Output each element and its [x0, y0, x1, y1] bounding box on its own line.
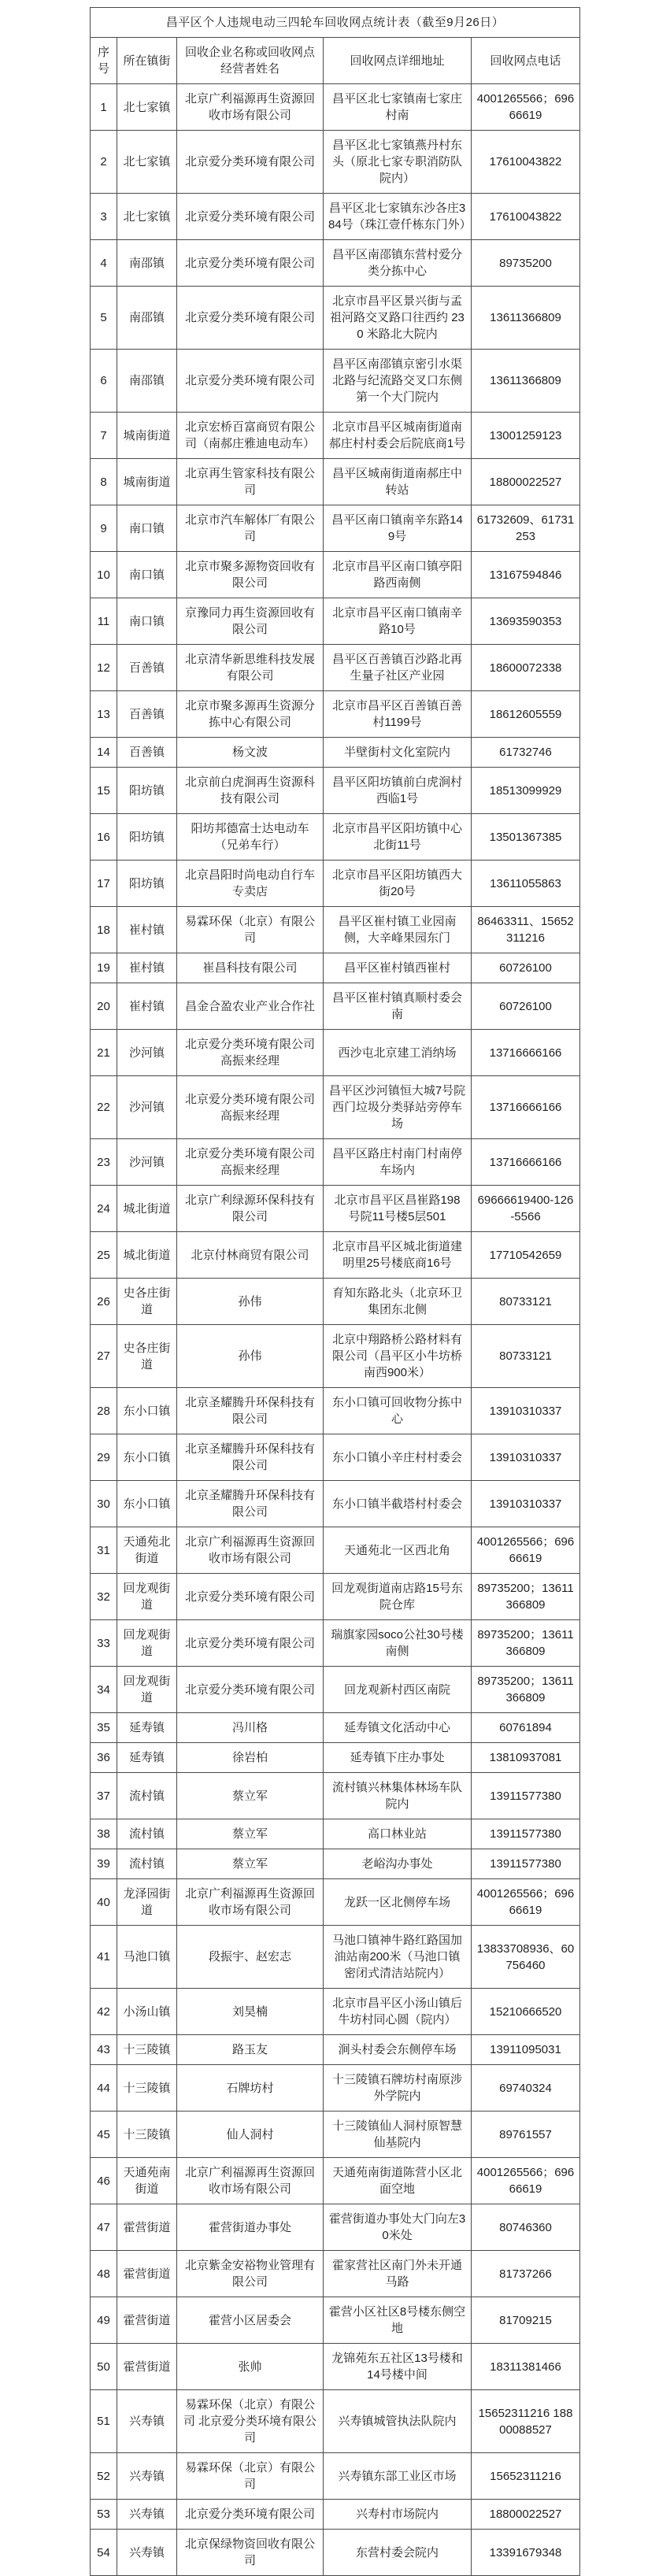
town-cell: 阳坊镇 — [117, 768, 176, 814]
address-cell: 昌平区崔村镇工业园南侧，大辛峰果园东门 — [323, 907, 471, 953]
table-row: 37流村镇蔡立军流村镇兴林集体林场车队院内13911577380 — [90, 1773, 579, 1819]
address-cell: 昌平区崔村镇真顺村委会南 — [323, 983, 471, 1030]
address-cell: 回龙观街道南店路15号东院仓库 — [323, 1574, 471, 1620]
town-cell: 沙河镇 — [117, 1030, 176, 1076]
town-cell: 南口镇 — [117, 552, 176, 598]
table-row: 43十三陵镇路玉友涧头村委会东侧停车场13911095031 — [90, 2035, 579, 2065]
address-cell: 北京中翔路桥公路材料有限公司（昌平区小牛坊桥南西900米） — [323, 1325, 471, 1388]
phone-cell: 13810937081 — [471, 1743, 579, 1773]
address-cell: 北京市昌平区小汤山镇后牛坊村同心圆（院内） — [323, 1989, 471, 2035]
address-cell: 延寿镇文化活动中心 — [323, 1713, 471, 1743]
row-number-cell: 45 — [90, 2112, 117, 2158]
address-cell: 昌平区北七家镇燕丹村东头（原北七家专职消防队院内） — [323, 131, 471, 194]
table-row: 5南邵镇北京爱分类环境有限公司北京市昌平区景兴街与孟祖河路交叉路口往西约 230… — [90, 287, 579, 350]
table-row: 20崔村镇昌金合盈农业产业合作社昌平区崔村镇真顺村委会南60726100 — [90, 983, 579, 1030]
row-number-cell: 47 — [90, 2204, 117, 2251]
town-cell: 天通苑北街道 — [117, 1527, 176, 1574]
address-cell: 兴寿村市场院内 — [323, 2500, 471, 2530]
table-row: 41马池口镇段振宇、赵宏志马池口镇神牛路红路国加油站南200米（马池口镇密闭式清… — [90, 1926, 579, 1989]
company-cell: 石牌坊村 — [176, 2065, 323, 2112]
address-cell: 昌平区沙河镇恒大城7号院西门垃圾分类驿站旁停车场 — [323, 1076, 471, 1139]
row-number-cell: 12 — [90, 645, 117, 691]
table-row: 7城南街道北京宏桥百富商贸有限公司（南郝庄雅迪电动车）北京市昌平区城南街道南郝庄… — [90, 413, 579, 459]
row-number-cell: 30 — [90, 1481, 117, 1527]
address-cell: 育知东路北头（北京环卫集团东北侧 — [323, 1279, 471, 1325]
phone-cell: 80746360 — [471, 2204, 579, 2251]
company-cell: 昌金合盈农业产业合作社 — [176, 983, 323, 1030]
row-number-cell: 10 — [90, 552, 117, 598]
company-cell: 北京市聚多源物资回收有限公司 — [176, 552, 323, 598]
row-number-cell: 36 — [90, 1743, 117, 1773]
column-header-town: 所在镇街 — [117, 38, 176, 84]
address-cell: 流村镇兴林集体林场车队院内 — [323, 1773, 471, 1819]
company-cell: 北京市聚多源再生资源分拣中心有限公司 — [176, 691, 323, 738]
phone-cell: 89761557 — [471, 2112, 579, 2158]
row-number-cell: 42 — [90, 1989, 117, 2035]
town-cell: 流村镇 — [117, 1849, 176, 1879]
address-cell: 西沙屯北京建工消纳场 — [323, 1030, 471, 1076]
row-number-cell: 50 — [90, 2344, 117, 2390]
row-number-cell: 19 — [90, 953, 117, 983]
table-row: 49霍营街道霍营小区居委会霍营小区社区8号楼东侧空地81709215 — [90, 2297, 579, 2344]
company-cell: 易霖环保（北京）有限公司 — [176, 907, 323, 953]
phone-cell: 13911577380 — [471, 1819, 579, 1849]
phone-cell: 18800022527 — [471, 459, 579, 505]
table-row: 48霍营街道北京紫金安裕物业管理有限公司霍家营社区南门外未开通马路8173726… — [90, 2251, 579, 2297]
table-row: 12百善镇北京清华新思维科技发展有限公司昌平区百善镇百沙路北再生量子社区产业园1… — [90, 645, 579, 691]
company-cell: 张帅 — [176, 2344, 323, 2390]
address-cell: 昌平区南邵镇京密引水渠北路与纪流路交叉口东侧第一个大门院内 — [323, 350, 471, 413]
town-cell: 延寿镇 — [117, 1713, 176, 1743]
row-number-cell: 31 — [90, 1527, 117, 1574]
address-cell: 北京市昌平区城北街道建明里25号楼底商16号 — [323, 1232, 471, 1279]
row-number-cell: 9 — [90, 505, 117, 552]
town-cell: 城北街道 — [117, 1232, 176, 1279]
row-number-cell: 18 — [90, 907, 117, 953]
town-cell: 流村镇 — [117, 1773, 176, 1819]
address-cell: 东小口镇小辛庄村村委会 — [323, 1434, 471, 1481]
company-cell: 北京紫金安裕物业管理有限公司 — [176, 2251, 323, 2297]
address-cell: 东小口镇半截塔村村委会 — [323, 1481, 471, 1527]
company-cell: 北京宏桥百富商贸有限公司（南郝庄雅迪电动车） — [176, 413, 323, 459]
table-row: 11南口镇京豫同力再生资源回收有限公司北京市昌平区南口镇南辛路10号136935… — [90, 598, 579, 645]
town-cell: 龙泽园街道 — [117, 1879, 176, 1926]
table-row: 23沙河镇北京爱分类环境有限公司 高振来经理昌平区路庄村南门村南停车场内1371… — [90, 1139, 579, 1186]
address-cell: 高口林业站 — [323, 1819, 471, 1849]
phone-cell: 13911095031 — [471, 2035, 579, 2065]
company-cell: 北京广利福源再生资源回收市场有限公司 — [176, 1879, 323, 1926]
town-cell: 南邵镇 — [117, 287, 176, 350]
table-row: 1北七家镇北京广利福源再生资源回收市场有限公司昌平区北七家镇南七家庄村南4001… — [90, 84, 579, 131]
town-cell: 马池口镇 — [117, 1926, 176, 1989]
table-row: 40龙泽园街道北京广利福源再生资源回收市场有限公司龙跃一区北侧停车场400126… — [90, 1879, 579, 1926]
company-cell: 北京再生管家科技有限公司 — [176, 459, 323, 505]
table-row: 6南邵镇北京爱分类环境有限公司昌平区南邵镇京密引水渠北路与纪流路交叉口东侧第一个… — [90, 350, 579, 413]
town-cell: 北七家镇 — [117, 131, 176, 194]
phone-cell: 13693590353 — [471, 598, 579, 645]
table-row: 45十三陵镇仙人洞村十三陵镇仙人洞村原智慧仙基院内89761557 — [90, 2112, 579, 2158]
address-cell: 昌平区百善镇百沙路北再生量子社区产业园 — [323, 645, 471, 691]
table-row: 31天通苑北街道北京广利福源再生资源回收市场有限公司天通苑北一区西北角40012… — [90, 1527, 579, 1574]
company-cell: 北京广利福源再生资源回收市场有限公司 — [176, 1527, 323, 1574]
town-cell: 南邵镇 — [117, 240, 176, 287]
table-row: 19崔村镇崔昌科技有限公司昌平区崔村镇西崔村60726100 — [90, 953, 579, 983]
address-cell: 北京市昌平区南口镇亭阳路西南侧 — [323, 552, 471, 598]
table-row: 54兴寿镇北京保绿物资回收有限公司东营村委会院内13391679348 — [90, 2530, 579, 2576]
company-cell: 北京爱分类环境有限公司 高振来经理 — [176, 1139, 323, 1186]
row-number-cell: 4 — [90, 240, 117, 287]
phone-cell: 13716666166 — [471, 1076, 579, 1139]
town-cell: 崔村镇 — [117, 953, 176, 983]
row-number-cell: 8 — [90, 459, 117, 505]
company-cell: 仙人洞村 — [176, 2112, 323, 2158]
address-cell: 兴寿镇城管执法队院内 — [323, 2390, 471, 2453]
row-number-cell: 52 — [90, 2453, 117, 2500]
title-row: 昌平区个人违规电动三四轮车回收网点统计表（截至9月26日） — [90, 8, 579, 38]
town-cell: 沙河镇 — [117, 1139, 176, 1186]
address-cell: 北京市昌平区阳坊镇西大街20号 — [323, 861, 471, 907]
company-cell: 路玉友 — [176, 2035, 323, 2065]
table-row: 32回龙观街道北京爱分类环境有限公司回龙观街道南店路15号东院仓库8973520… — [90, 1574, 579, 1620]
phone-cell: 17610043822 — [471, 194, 579, 240]
phone-cell: 89735200；13611366809 — [471, 1620, 579, 1667]
table-row: 33回龙观街道北京爱分类环境有限公司瑞旗家园soco公社30号楼南侧897352… — [90, 1620, 579, 1667]
town-cell: 东小口镇 — [117, 1434, 176, 1481]
address-cell: 东小口镇可回收物分拣中心 — [323, 1388, 471, 1434]
column-header-address: 回收网点详细地址 — [323, 38, 471, 84]
address-cell: 天通苑南街道陈营小区北面空地 — [323, 2158, 471, 2204]
town-cell: 南邵镇 — [117, 350, 176, 413]
company-cell: 蔡立军 — [176, 1819, 323, 1849]
row-number-cell: 1 — [90, 84, 117, 131]
row-number-cell: 33 — [90, 1620, 117, 1667]
company-cell: 北京爱分类环境有限公司 — [176, 1574, 323, 1620]
phone-cell: 13911577380 — [471, 1849, 579, 1879]
table-body: 1北七家镇北京广利福源再生资源回收市场有限公司昌平区北七家镇南七家庄村南4001… — [90, 84, 579, 2576]
address-cell: 十三陵镇仙人洞村原智慧仙基院内 — [323, 2112, 471, 2158]
table-row: 30东小口镇北京圣耀腾升环保科技有限公司东小口镇半截塔村村委会139103103… — [90, 1481, 579, 1527]
phone-cell: 89735200；13611366809 — [471, 1574, 579, 1620]
row-number-cell: 2 — [90, 131, 117, 194]
company-cell: 北京广利福源再生资源回收市场有限公司 — [176, 2158, 323, 2204]
address-cell: 昌平区城南街道南郝庄中转站 — [323, 459, 471, 505]
company-cell: 北京圣耀腾升环保科技有限公司 — [176, 1434, 323, 1481]
recycling-points-table: 昌平区个人违规电动三四轮车回收网点统计表（截至9月26日） 序号 所在镇街 回收… — [90, 7, 580, 2576]
company-cell: 北京爱分类环境有限公司 — [176, 194, 323, 240]
row-number-cell: 46 — [90, 2158, 117, 2204]
town-cell: 百善镇 — [117, 738, 176, 768]
address-cell: 涧头村委会东侧停车场 — [323, 2035, 471, 2065]
address-cell: 昌平区崔村镇西崔村 — [323, 953, 471, 983]
company-cell: 易霖环保（北京）有限公司 北京爱分类环境有限公司 — [176, 2390, 323, 2453]
town-cell: 史各庄街道 — [117, 1325, 176, 1388]
row-number-cell: 41 — [90, 1926, 117, 1989]
town-cell: 十三陵镇 — [117, 2065, 176, 2112]
company-cell: 北京圣耀腾升环保科技有限公司 — [176, 1388, 323, 1434]
table-row: 29东小口镇北京圣耀腾升环保科技有限公司东小口镇小辛庄村村委会139103103… — [90, 1434, 579, 1481]
company-cell: 北京爱分类环境有限公司 — [176, 2500, 323, 2530]
company-cell: 北京爱分类环境有限公司 — [176, 131, 323, 194]
row-number-cell: 15 — [90, 768, 117, 814]
town-cell: 回龙观街道 — [117, 1620, 176, 1667]
address-cell: 霍营街道办事处大门向左30米处 — [323, 2204, 471, 2251]
phone-cell: 60726100 — [471, 983, 579, 1030]
company-cell: 北京爱分类环境有限公司 高振来经理 — [176, 1030, 323, 1076]
row-number-cell: 39 — [90, 1849, 117, 1879]
company-cell: 阳坊邦德富士达电动车（兄弟车行） — [176, 814, 323, 861]
row-number-cell: 20 — [90, 983, 117, 1030]
table-row: 10南口镇北京市聚多源物资回收有限公司北京市昌平区南口镇亭阳路西南侧131675… — [90, 552, 579, 598]
address-cell: 半壁街村文化室院内 — [323, 738, 471, 768]
table-row: 24城北街道北京广利绿源环保科技有限公司北京市昌平区昌崔路198号院11号楼5层… — [90, 1186, 579, 1232]
phone-cell: 18600072338 — [471, 645, 579, 691]
phone-cell: 13716666166 — [471, 1139, 579, 1186]
table-row: 15阳坊镇北京前白虎涧再生资源科技有限公司昌平区阳坊镇前白虎涧村西临1号1851… — [90, 768, 579, 814]
table-row: 35延寿镇冯川格延寿镇文化活动中心60761894 — [90, 1713, 579, 1743]
table-row: 4南邵镇北京爱分类环境有限公司昌平区南邵镇东营村爱分类分拣中心89735200 — [90, 240, 579, 287]
phone-cell: 13910310337 — [471, 1388, 579, 1434]
row-number-cell: 23 — [90, 1139, 117, 1186]
table-row: 18崔村镇易霖环保（北京）有限公司昌平区崔村镇工业园南侧，大辛峰果园东门8646… — [90, 907, 579, 953]
table-row: 39流村镇蔡立军老峪沟办事处13911577380 — [90, 1849, 579, 1879]
company-cell: 北京广利绿源环保科技有限公司 — [176, 1186, 323, 1232]
row-number-cell: 24 — [90, 1186, 117, 1232]
town-cell: 东小口镇 — [117, 1481, 176, 1527]
row-number-cell: 37 — [90, 1773, 117, 1819]
town-cell: 北七家镇 — [117, 194, 176, 240]
company-cell: 孙伟 — [176, 1325, 323, 1388]
phone-cell: 89735200；13611366809 — [471, 1667, 579, 1713]
row-number-cell: 3 — [90, 194, 117, 240]
address-cell: 北京市昌平区阳坊镇中心北街11号 — [323, 814, 471, 861]
table-row: 14百善镇杨文波半壁街村文化室院内61732746 — [90, 738, 579, 768]
table-row: 22沙河镇北京爱分类环境有限公司 高振来经理昌平区沙河镇恒大城7号院西门垃圾分类… — [90, 1076, 579, 1139]
row-number-cell: 28 — [90, 1388, 117, 1434]
table-row: 16阳坊镇阳坊邦德富士达电动车（兄弟车行）北京市昌平区阳坊镇中心北街11号135… — [90, 814, 579, 861]
table-row: 2北七家镇北京爱分类环境有限公司昌平区北七家镇燕丹村东头（原北七家专职消防队院内… — [90, 131, 579, 194]
phone-cell: 15652311216 — [471, 2453, 579, 2500]
company-cell: 京豫同力再生资源回收有限公司 — [176, 598, 323, 645]
row-number-cell: 17 — [90, 861, 117, 907]
address-cell: 瑞旗家园soco公社30号楼南侧 — [323, 1620, 471, 1667]
company-cell: 北京广利福源再生资源回收市场有限公司 — [176, 84, 323, 131]
company-cell: 杨文波 — [176, 738, 323, 768]
address-cell: 昌平区路庄村南门村南停车场内 — [323, 1139, 471, 1186]
row-number-cell: 6 — [90, 350, 117, 413]
town-cell: 兴寿镇 — [117, 2390, 176, 2453]
row-number-cell: 51 — [90, 2390, 117, 2453]
address-cell: 天通苑北一区西北角 — [323, 1527, 471, 1574]
town-cell: 沙河镇 — [117, 1076, 176, 1139]
row-number-cell: 7 — [90, 413, 117, 459]
company-cell: 蔡立军 — [176, 1773, 323, 1819]
address-cell: 北京市昌平区南口镇南辛路10号 — [323, 598, 471, 645]
town-cell: 城南街道 — [117, 459, 176, 505]
address-cell: 昌平区南口镇南辛东路149号 — [323, 505, 471, 552]
town-cell: 霍营街道 — [117, 2251, 176, 2297]
phone-cell: 13910310337 — [471, 1481, 579, 1527]
company-cell: 易霖环保（北京）有限公司 — [176, 2453, 323, 2500]
row-number-cell: 25 — [90, 1232, 117, 1279]
phone-cell: 4001265566；69666619 — [471, 1879, 579, 1926]
town-cell: 霍营街道 — [117, 2297, 176, 2344]
phone-cell: 13910310337 — [471, 1434, 579, 1481]
town-cell: 十三陵镇 — [117, 2112, 176, 2158]
address-cell: 马池口镇神牛路红路国加油站南200米（马池口镇密闭式清洁站院内） — [323, 1926, 471, 1989]
phone-cell: 17610043822 — [471, 131, 579, 194]
phone-cell: 13911577380 — [471, 1773, 579, 1819]
phone-cell: 13611366809 — [471, 287, 579, 350]
phone-cell: 69740324 — [471, 2065, 579, 2112]
row-number-cell: 22 — [90, 1076, 117, 1139]
phone-cell: 81737266 — [471, 2251, 579, 2297]
phone-cell: 13716666166 — [471, 1030, 579, 1076]
row-number-cell: 34 — [90, 1667, 117, 1713]
town-cell: 霍营街道 — [117, 2344, 176, 2390]
phone-cell: 80733121 — [471, 1279, 579, 1325]
row-number-cell: 35 — [90, 1713, 117, 1743]
phone-cell: 15652311216 18800088527 — [471, 2390, 579, 2453]
company-cell: 段振宇、赵宏志 — [176, 1926, 323, 1989]
address-cell: 东营村委会院内 — [323, 2530, 471, 2576]
table-row: 50霍营街道张帅龙锦苑东五社区13号楼和14号楼中间18311381466 — [90, 2344, 579, 2390]
phone-cell: 13391679348 — [471, 2530, 579, 2576]
table-row: 34回龙观街道北京爱分类环境有限公司回龙观新村西区南院89735200；1361… — [90, 1667, 579, 1713]
row-number-cell: 54 — [90, 2530, 117, 2576]
phone-cell: 4001265566；69666619 — [471, 1527, 579, 1574]
table-row: 21沙河镇北京爱分类环境有限公司 高振来经理西沙屯北京建工消纳场13716666… — [90, 1030, 579, 1076]
phone-cell: 69666619400-126-5566 — [471, 1186, 579, 1232]
phone-cell: 4001265566；69666619 — [471, 84, 579, 131]
row-number-cell: 32 — [90, 1574, 117, 1620]
row-number-cell: 38 — [90, 1819, 117, 1849]
row-number-cell: 13 — [90, 691, 117, 738]
address-cell: 北京市昌平区百善镇百善村1199号 — [323, 691, 471, 738]
phone-cell: 61732609、61731253 — [471, 505, 579, 552]
town-cell: 城南街道 — [117, 413, 176, 459]
phone-cell: 17710542659 — [471, 1232, 579, 1279]
column-header-company: 回收企业名称或回收网点经营者姓名 — [176, 38, 323, 84]
town-cell: 回龙观街道 — [117, 1667, 176, 1713]
town-cell: 小汤山镇 — [117, 1989, 176, 2035]
row-number-cell: 14 — [90, 738, 117, 768]
address-cell: 回龙观新村西区南院 — [323, 1667, 471, 1713]
table-row: 51兴寿镇易霖环保（北京）有限公司 北京爱分类环境有限公司兴寿镇城管执法队院内1… — [90, 2390, 579, 2453]
row-number-cell: 29 — [90, 1434, 117, 1481]
address-cell: 昌平区北七家镇东沙各庄384号（珠江壹仟栋东门外） — [323, 194, 471, 240]
phone-cell: 81709215 — [471, 2297, 579, 2344]
table-row: 36延寿镇徐岩柏延寿镇下庄办事处13810937081 — [90, 1743, 579, 1773]
town-cell: 阳坊镇 — [117, 814, 176, 861]
company-cell: 北京前白虎涧再生资源科技有限公司 — [176, 768, 323, 814]
town-cell: 霍营街道 — [117, 2204, 176, 2251]
town-cell: 南口镇 — [117, 505, 176, 552]
table-row: 38流村镇蔡立军高口林业站13911577380 — [90, 1819, 579, 1849]
town-cell: 回龙观街道 — [117, 1574, 176, 1620]
town-cell: 百善镇 — [117, 645, 176, 691]
address-cell: 兴寿镇东部工业区市场 — [323, 2453, 471, 2500]
company-cell: 北京付林商贸有限公司 — [176, 1232, 323, 1279]
row-number-cell: 53 — [90, 2500, 117, 2530]
town-cell: 流村镇 — [117, 1819, 176, 1849]
table-row: 44十三陵镇石牌坊村十三陵镇石牌坊村南原涉外学院内69740324 — [90, 2065, 579, 2112]
row-number-cell: 26 — [90, 1279, 117, 1325]
row-number-cell: 43 — [90, 2035, 117, 2065]
address-cell: 昌平区北七家镇南七家庄村南 — [323, 84, 471, 131]
address-cell: 北京市昌平区景兴街与孟祖河路交叉路口往西约 230 米路北大院内 — [323, 287, 471, 350]
company-cell: 北京爱分类环境有限公司 — [176, 1667, 323, 1713]
phone-cell: 89735200 — [471, 240, 579, 287]
phone-cell: 60761894 — [471, 1713, 579, 1743]
address-cell: 老峪沟办事处 — [323, 1849, 471, 1879]
address-cell: 延寿镇下庄办事处 — [323, 1743, 471, 1773]
town-cell: 十三陵镇 — [117, 2035, 176, 2065]
header-row: 序号 所在镇街 回收企业名称或回收网点经营者姓名 回收网点详细地址 回收网点电话 — [90, 38, 579, 84]
row-number-cell: 16 — [90, 814, 117, 861]
address-cell: 十三陵镇石牌坊村南原涉外学院内 — [323, 2065, 471, 2112]
town-cell: 兴寿镇 — [117, 2530, 176, 2576]
table-row: 26史各庄街道孙伟育知东路北头（北京环卫集团东北侧80733121 — [90, 1279, 579, 1325]
town-cell: 崔村镇 — [117, 907, 176, 953]
address-cell: 北京市昌平区城南街道南郝庄村村委会后院底商1号 — [323, 413, 471, 459]
phone-cell: 61732746 — [471, 738, 579, 768]
table-row: 42小汤山镇刘昊楠北京市昌平区小汤山镇后牛坊村同心圆（院内）1521066652… — [90, 1989, 579, 2035]
company-cell: 冯川格 — [176, 1713, 323, 1743]
phone-cell: 4001265566；69666619 — [471, 2158, 579, 2204]
town-cell: 阳坊镇 — [117, 861, 176, 907]
row-number-cell: 27 — [90, 1325, 117, 1388]
phone-cell: 18612605559 — [471, 691, 579, 738]
column-header-phone: 回收网点电话 — [471, 38, 579, 84]
table-row: 52兴寿镇易霖环保（北京）有限公司兴寿镇东部工业区市场15652311216 — [90, 2453, 579, 2500]
table-row: 9南口镇北京市汽车解体厂有限公司昌平区南口镇南辛东路149号61732609、6… — [90, 505, 579, 552]
town-cell: 东小口镇 — [117, 1388, 176, 1434]
company-cell: 北京爱分类环境有限公司 高振来经理 — [176, 1076, 323, 1139]
phone-cell: 80733121 — [471, 1325, 579, 1388]
phone-cell: 13611366809 — [471, 350, 579, 413]
phone-cell: 13001259123 — [471, 413, 579, 459]
column-header-no: 序号 — [90, 38, 117, 84]
row-number-cell: 11 — [90, 598, 117, 645]
company-cell: 崔昌科技有限公司 — [176, 953, 323, 983]
phone-cell: 18513099929 — [471, 768, 579, 814]
table-title: 昌平区个人违规电动三四轮车回收网点统计表（截至9月26日） — [90, 8, 579, 38]
table-row: 27史各庄街道孙伟北京中翔路桥公路材料有限公司（昌平区小牛坊桥南西900米）80… — [90, 1325, 579, 1388]
company-cell: 北京保绿物资回收有限公司 — [176, 2530, 323, 2576]
address-cell: 龙跃一区北侧停车场 — [323, 1879, 471, 1926]
row-number-cell: 21 — [90, 1030, 117, 1076]
phone-cell: 18311381466 — [471, 2344, 579, 2390]
table-row: 53兴寿镇北京爱分类环境有限公司兴寿村市场院内18800022527 — [90, 2500, 579, 2530]
address-cell: 昌平区南邵镇东营村爱分类分拣中心 — [323, 240, 471, 287]
table-row: 25城北街道北京付林商贸有限公司北京市昌平区城北街道建明里25号楼底商16号17… — [90, 1232, 579, 1279]
address-cell: 龙锦苑东五社区13号楼和14号楼中间 — [323, 2344, 471, 2390]
town-cell: 城北街道 — [117, 1186, 176, 1232]
row-number-cell: 40 — [90, 1879, 117, 1926]
company-cell: 刘昊楠 — [176, 1989, 323, 2035]
table-row: 13百善镇北京市聚多源再生资源分拣中心有限公司北京市昌平区百善镇百善村1199号… — [90, 691, 579, 738]
row-number-cell: 44 — [90, 2065, 117, 2112]
company-cell: 霍营街道办事处 — [176, 2204, 323, 2251]
town-cell: 南口镇 — [117, 598, 176, 645]
address-cell: 霍营小区社区8号楼东侧空地 — [323, 2297, 471, 2344]
phone-cell: 18800022527 — [471, 2500, 579, 2530]
table-row: 17阳坊镇北京昌阳时尚电动自行车专卖店北京市昌平区阳坊镇西大街20号136110… — [90, 861, 579, 907]
row-number-cell: 49 — [90, 2297, 117, 2344]
company-cell: 北京昌阳时尚电动自行车专卖店 — [176, 861, 323, 907]
phone-cell: 13833708936、60756460 — [471, 1926, 579, 1989]
phone-cell: 86463311、15652311216 — [471, 907, 579, 953]
